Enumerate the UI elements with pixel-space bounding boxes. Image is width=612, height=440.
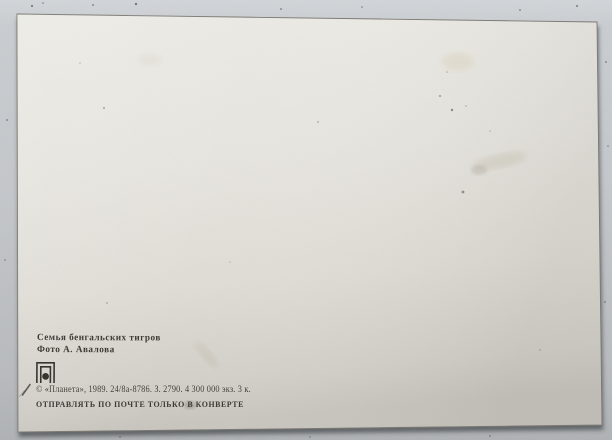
- photograph-of-postcard-back: Семья бенгальских тигров Фото А. Авалова…: [0, 0, 612, 440]
- postcard-imprint: © «Планета», 1989. 24/8а-8786. З. 2790. …: [36, 384, 251, 394]
- postcard-paper-sheen: [17, 14, 602, 432]
- postcard-caption-photographer: Фото А. Авалова: [37, 345, 115, 355]
- postcard-scene: [0, 0, 612, 440]
- postcard-mailing-notice: ОТПРАВЛЯТЬ ПО ПОЧТЕ ТОЛЬКО В КОНВЕРТЕ: [36, 399, 244, 409]
- postcard-caption-title: Семья бенгальских тигров: [37, 333, 161, 343]
